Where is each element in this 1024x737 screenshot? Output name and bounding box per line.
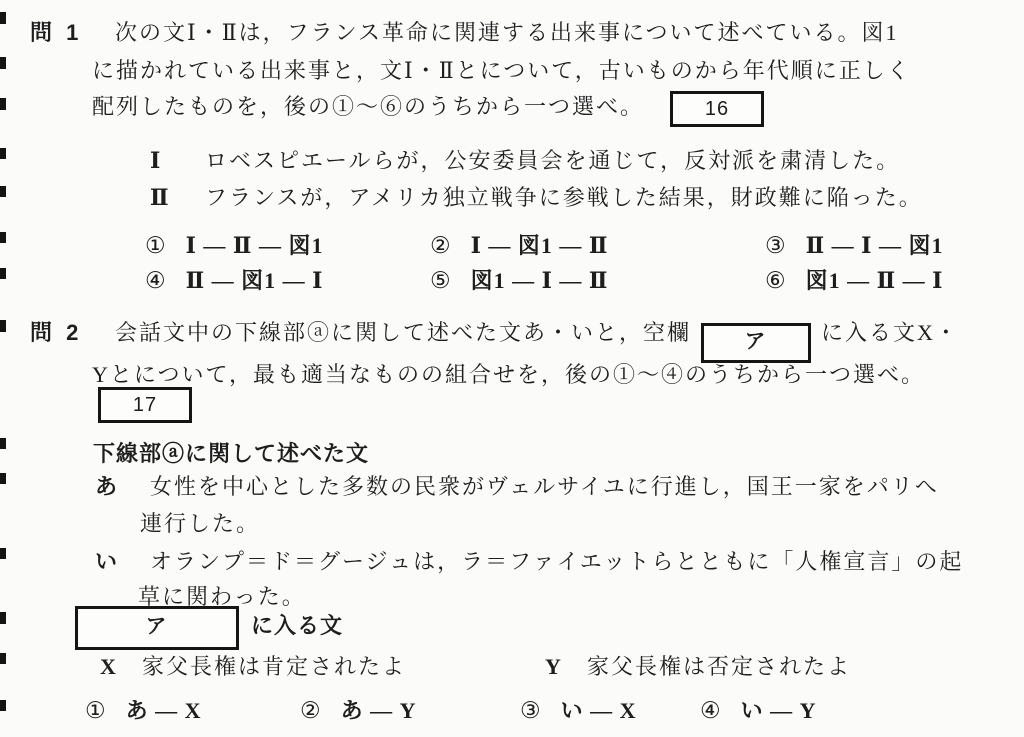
q1-statement-2: Ⅱフランスが，アメリカ独立戦争に参戦した結果，財政難に陥った。 (150, 181, 923, 212)
option-circled-number: ③ (765, 233, 786, 258)
q1-text-line-2: に描かれている出来事と，文Ⅰ・Ⅱとについて，古いものから年代順に正しく (92, 58, 911, 83)
q2-option-x: X家父長権は肯定されたよ (100, 650, 406, 681)
scan-artifact (0, 438, 6, 449)
q1-line-3: 配列したものを，後の①～⑥のうちから一つ選べ。16 (92, 90, 764, 127)
q2-choice-4: ④い ― Y (700, 694, 817, 725)
q2-statement-a-line-2: 連行した。 (140, 507, 260, 538)
q2-subheader: 下線部ⓐに関して述べた文 (93, 437, 369, 468)
option-text: い ― Y (741, 698, 817, 723)
q2-text-line-1-before: 会話文中の下線部ⓐに関して述べた文あ・いと，空欄 (115, 320, 691, 345)
option-text: 図1 ― Ⅱ ― Ⅰ (806, 268, 944, 293)
option-circled-number: ⑥ (765, 268, 786, 293)
q1-line-1: 問 1次の文Ⅰ・Ⅱは，フランス革命に関連する出来事について述べている。図1 (30, 16, 899, 47)
statement-text-II: フランスが，アメリカ独立戦争に参戦した結果，財政難に陥った。 (205, 185, 923, 210)
q1-line-2: に描かれている出来事と，文Ⅰ・Ⅱとについて，古いものから年代順に正しく (92, 54, 911, 85)
scan-artifact (0, 186, 6, 197)
exam-page: 問 1次の文Ⅰ・Ⅱは，フランス革命に関連する出来事について述べている。図1 に描… (0, 0, 1024, 737)
option-circled-number: ③ (520, 698, 541, 723)
scan-artifact (0, 320, 6, 332)
q1-text-line-1: 次の文Ⅰ・Ⅱは，フランス革命に関連する出来事について述べている。図1 (115, 20, 899, 45)
option-circled-number: ① (145, 233, 166, 258)
q1-option-4: ④Ⅱ ― 図1 ― Ⅰ (145, 264, 323, 295)
scan-artifact (0, 57, 6, 69)
scan-artifact (0, 548, 6, 559)
option-text: Ⅰ ― Ⅱ ― 図1 (186, 233, 324, 258)
q2-choice-1: ①あ ― X (85, 694, 202, 725)
scan-artifact (0, 612, 6, 624)
q2-line-1: 問 2会話文中の下線部ⓐに関して述べた文あ・いと，空欄アに入る文X・ (30, 316, 959, 363)
q2-answer-number-box: 17 (98, 387, 192, 423)
option-text: あ ― Y (341, 698, 417, 723)
q1-option-6: ⑥図1 ― Ⅱ ― Ⅰ (765, 264, 943, 295)
q2-text-line-1-after: に入る文X・ (821, 320, 959, 345)
q1-text-line-3: 配列したものを，後の①～⑥のうちから一つ選べ。 (92, 94, 644, 119)
q1-option-1: ①Ⅰ ― Ⅱ ― 図1 (145, 229, 323, 260)
q2-option-y: Y家父長権は否定されたよ (545, 650, 851, 681)
q2-fill-suffix: に入る文 (251, 613, 343, 638)
q2-choice-2: ②あ ― Y (300, 694, 417, 725)
option-text: 図1 ― Ⅰ ― Ⅱ (471, 268, 609, 293)
q2-statement-i-line-1: いオランプ＝ド＝グージュは，ラ＝ファイエットらとともに「人権宣言」の起 (95, 545, 963, 576)
q1-statement-1: Ⅰロベスピエールらが，公安委員会を通じて，反対派を粛清した。 (150, 144, 900, 175)
q1-option-3: ③Ⅱ ― Ⅰ ― 図1 (765, 229, 943, 260)
option-circled-number: ④ (700, 698, 721, 723)
q2-inline-blank-box: ア (701, 323, 811, 363)
option-text: Ⅱ ― 図1 ― Ⅰ (186, 268, 324, 293)
q1-number-label: 問 1 (30, 16, 115, 47)
statement-label-i: い (95, 545, 150, 576)
option-text: Ⅱ ― Ⅰ ― 図1 (806, 233, 944, 258)
option-circled-number: ① (85, 698, 106, 723)
scan-artifact (0, 98, 6, 110)
option-circled-number: ④ (145, 268, 166, 293)
q2-fill-row: アに入る文 (75, 606, 343, 650)
option-circled-number: ② (300, 698, 321, 723)
statement-text-I: ロベスピエールらが，公安委員会を通じて，反対派を粛清した。 (205, 148, 900, 173)
statement-label-I: Ⅰ (150, 148, 205, 174)
q2-fill-blank-box: ア (75, 606, 239, 650)
statement-label-II: Ⅱ (150, 185, 205, 211)
option-text-y: 家父長権は否定されたよ (587, 654, 851, 679)
option-label-y: Y (545, 654, 587, 680)
statement-text-a-1: 女性を中心とした多数の民衆がヴェルサイユに行進し，国王一家をパリへ (150, 474, 939, 499)
q2-number-label: 問 2 (30, 316, 115, 347)
q2-statement-a-line-1: あ女性を中心とした多数の民衆がヴェルサイユに行進し，国王一家をパリへ (95, 470, 939, 501)
statement-text-a-2: 連行した。 (140, 511, 260, 536)
scan-artifact (0, 232, 6, 243)
q1-answer-number-box: 16 (670, 91, 764, 127)
statement-label-a: あ (95, 470, 150, 501)
q2-text-line-2: Yとについて，最も適当なものの組合せを，後の①～④のうちから一つ選べ。 (92, 362, 925, 387)
scan-artifact (0, 268, 6, 279)
q2-answer-row: 17 (98, 387, 192, 423)
scan-artifact (0, 148, 6, 159)
option-circled-number: ② (430, 233, 451, 258)
q2-line-2: Yとについて，最も適当なものの組合せを，後の①～④のうちから一つ選べ。 (92, 358, 925, 389)
option-text: い ― X (561, 698, 637, 723)
option-label-x: X (100, 654, 142, 680)
option-text: あ ― X (126, 698, 202, 723)
scan-artifact (0, 473, 6, 484)
statement-text-i-1: オランプ＝ド＝グージュは，ラ＝ファイエットらとともに「人権宣言」の起 (150, 549, 963, 574)
scan-artifact (0, 12, 6, 24)
option-circled-number: ⑤ (430, 268, 451, 293)
q2-choice-3: ③い ― X (520, 694, 637, 725)
option-text-x: 家父長権は肯定されたよ (142, 654, 406, 679)
q1-option-5: ⑤図1 ― Ⅰ ― Ⅱ (430, 264, 608, 295)
scan-artifact (0, 700, 6, 711)
scan-artifact (0, 653, 6, 664)
q1-option-2: ②Ⅰ ― 図1 ― Ⅱ (430, 229, 608, 260)
option-text: Ⅰ ― 図1 ― Ⅱ (471, 233, 609, 258)
